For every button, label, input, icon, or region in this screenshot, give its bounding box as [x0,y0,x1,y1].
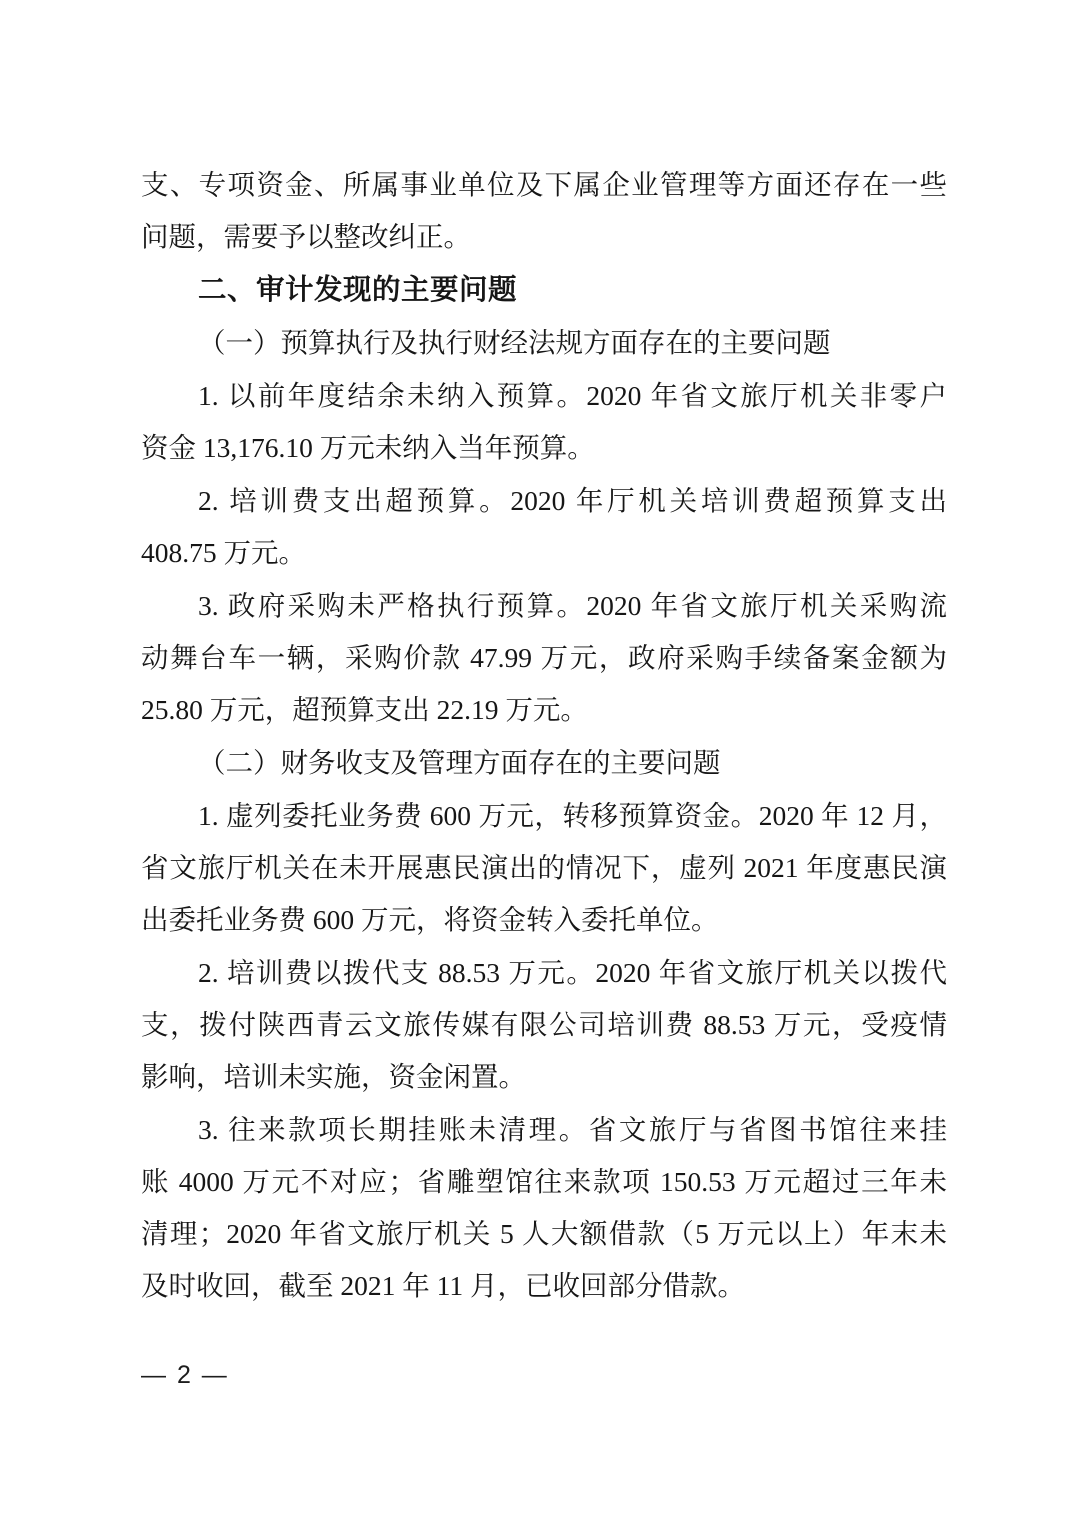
text-line: 1. 以前年度结余未纳入预算。2020 年省文旅厅机关非零户 [141,370,947,422]
finding-paragraph-2-1: 1. 虚列委托业务费 600 万元，转移预算资金。2020 年 12 月，省文旅… [141,790,947,946]
text-line: 省文旅厅机关在未开展惠民演出的情况下，虚列 2021 年度惠民演 [141,842,947,894]
text-line: 支，拨付陕西青云文旅传媒有限公司培训费 88.53 万元，受疫情 [141,999,947,1051]
text-line: 账 4000 万元不对应；省雕塑馆往来款项 150.53 万元超过三年未 [141,1156,947,1208]
text-line: 支、专项资金、所属事业单位及下属企业管理等方面还存在一些 [141,159,947,211]
text-line: 408.75 万元。 [141,527,947,579]
document-page: 支、专项资金、所属事业单位及下属企业管理等方面还存在一些问题，需要予以整改纠正。… [0,0,1074,1520]
text-line: 2. 培训费支出超预算。2020 年厅机关培训费超预算支出 [141,475,947,527]
document-body: 支、专项资金、所属事业单位及下属企业管理等方面还存在一些问题，需要予以整改纠正。… [141,159,947,1312]
finding-paragraph-1-3: 3. 政府采购未严格执行预算。2020 年省文旅厅机关采购流动舞台车一辆，采购价… [141,580,947,736]
finding-paragraph-2-2: 2. 培训费以拨代支 88.53 万元。2020 年省文旅厅机关以拨代支，拨付陕… [141,947,947,1103]
text-line: 资金 13,176.10 万元未纳入当年预算。 [141,422,947,474]
page-number: — 2 — [141,1358,229,1392]
finding-paragraph-1-2: 2. 培训费支出超预算。2020 年厅机关培训费超预算支出408.75 万元。 [141,475,947,579]
text-line: 及时收回，截至 2021 年 11 月，已收回部分借款。 [141,1260,947,1312]
text-line: 3. 往来款项长期挂账未清理。省文旅厅与省图书馆往来挂 [141,1104,947,1156]
text-line: 1. 虚列委托业务费 600 万元，转移预算资金。2020 年 12 月， [141,790,947,842]
text-line: 动舞台车一辆，采购价款 47.99 万元，政府采购手续备案金额为 [141,632,947,684]
text-line: 出委托业务费 600 万元，将资金转入委托单位。 [141,894,947,946]
text-line: 二、审计发现的主要问题 [141,264,947,316]
subsection-heading-2: （二）财务收支及管理方面存在的主要问题 [141,737,947,789]
subsection-heading-1: （一）预算执行及执行财经法规方面存在的主要问题 [141,317,947,369]
section-heading: 二、审计发现的主要问题 [141,264,947,316]
finding-paragraph-2-3: 3. 往来款项长期挂账未清理。省文旅厅与省图书馆往来挂账 4000 万元不对应；… [141,1104,947,1312]
text-line: 影响，培训未实施，资金闲置。 [141,1051,947,1103]
text-line: 25.80 万元，超预算支出 22.19 万元。 [141,684,947,736]
text-line: 清理；2020 年省文旅厅机关 5 人大额借款（5 万元以上）年末未 [141,1208,947,1260]
intro-continued-paragraph: 支、专项资金、所属事业单位及下属企业管理等方面还存在一些问题，需要予以整改纠正。 [141,159,947,263]
finding-paragraph-1-1: 1. 以前年度结余未纳入预算。2020 年省文旅厅机关非零户资金 13,176.… [141,370,947,474]
text-line: 问题，需要予以整改纠正。 [141,211,947,263]
text-line: 2. 培训费以拨代支 88.53 万元。2020 年省文旅厅机关以拨代 [141,947,947,999]
text-line: （二）财务收支及管理方面存在的主要问题 [141,737,947,789]
text-line: （一）预算执行及执行财经法规方面存在的主要问题 [141,317,947,369]
text-line: 3. 政府采购未严格执行预算。2020 年省文旅厅机关采购流 [141,580,947,632]
